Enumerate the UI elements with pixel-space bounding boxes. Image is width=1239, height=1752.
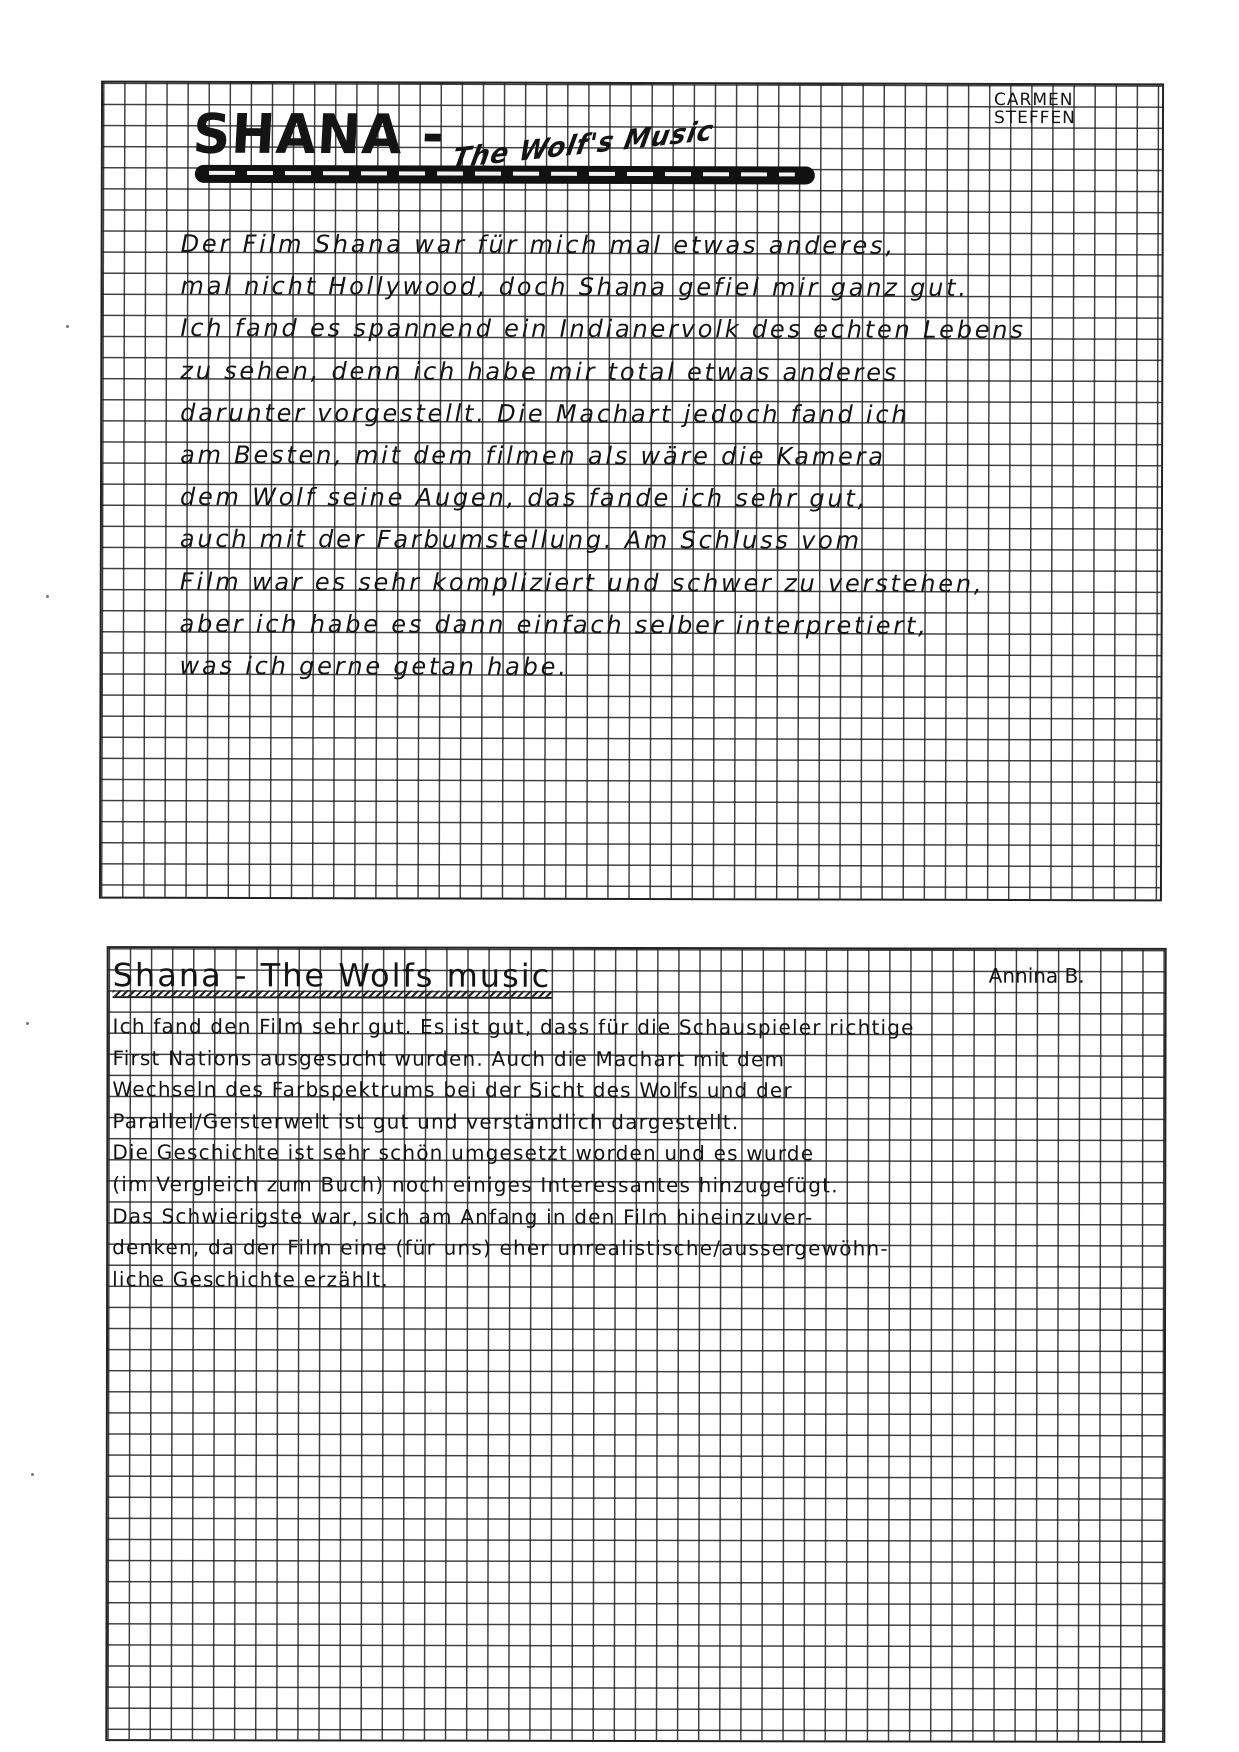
author-first-name: CARMEN	[994, 91, 1114, 109]
review-line: Ich fand es spannend ein Indianervolk de…	[180, 307, 1025, 351]
card2-title: Shana - The Wolfs music	[113, 956, 552, 995]
review-line: Ich fand den Film sehr gut. Es ist gut, …	[113, 1011, 915, 1044]
review-line: Wechseln des Farbspektrums bei der Sicht…	[112, 1074, 914, 1107]
wavy-underline	[113, 990, 552, 999]
card1-title: SHANA -The Wolf's Music	[191, 103, 715, 167]
scan-speck	[31, 1473, 34, 1476]
review-line: Film war es sehr kompliziert und schwer …	[180, 560, 1025, 604]
card1-title-main: SHANA -	[191, 103, 446, 167]
review-line: was ich gerne getan habe.	[179, 645, 1024, 689]
scan-speck	[26, 1022, 29, 1025]
card2-review-text: Ich fand den Film sehr gut. Es ist gut, …	[112, 1011, 915, 1297]
review-line: First Nations ausgesucht wurden. Auch di…	[112, 1043, 914, 1076]
card1-review-text: Der Film Shana war für mich mal etwas an…	[179, 223, 1025, 689]
review-line: aber ich habe es dann einfach selber int…	[180, 603, 1025, 647]
review-line: (im Vergleich zum Buch) noch einiges Int…	[112, 1169, 914, 1202]
review-card-annina: Shana - The Wolfs music Annina B. Ich fa…	[105, 946, 1166, 1743]
review-line: am Besten, mit dem filmen als wäre die K…	[180, 434, 1025, 478]
scan-speck	[46, 595, 49, 598]
card2-title-text: Shana - The Wolfs music	[113, 956, 552, 995]
card1-author: CARMEN STEFFEN	[994, 91, 1114, 127]
review-line: mal nicht Hollywood, doch Shana gefiel m…	[180, 265, 1025, 309]
review-line: denken, da der Film eine (für uns) eher …	[112, 1232, 914, 1265]
review-line: liche Geschichte erzählt.	[112, 1264, 914, 1297]
review-card-carmen: SHANA -The Wolf's Music CARMEN STEFFEN D…	[99, 81, 1164, 902]
review-line: darunter vorgestellt. Die Machart jedoch…	[180, 392, 1025, 436]
review-line: auch mit der Farbumstellung. Am Schluss …	[180, 518, 1025, 562]
review-line: dem Wolf seine Augen, das fande ich sehr…	[180, 476, 1025, 520]
title-decoration-bar	[195, 165, 815, 185]
card2-author: Annina B.	[989, 964, 1085, 988]
scan-speck	[66, 325, 69, 328]
review-line: Die Geschichte ist sehr schön umgesetzt …	[112, 1137, 914, 1170]
review-line: Der Film Shana war für mich mal etwas an…	[181, 223, 1026, 267]
review-line: Parallel/Geisterwelt ist gut und verstän…	[112, 1106, 914, 1139]
review-line: Das Schwierigste war, sich am Anfang in …	[112, 1201, 914, 1234]
author-last-name: STEFFEN	[994, 109, 1114, 127]
review-line: zu sehen, denn ich habe mir total etwas …	[180, 349, 1025, 393]
